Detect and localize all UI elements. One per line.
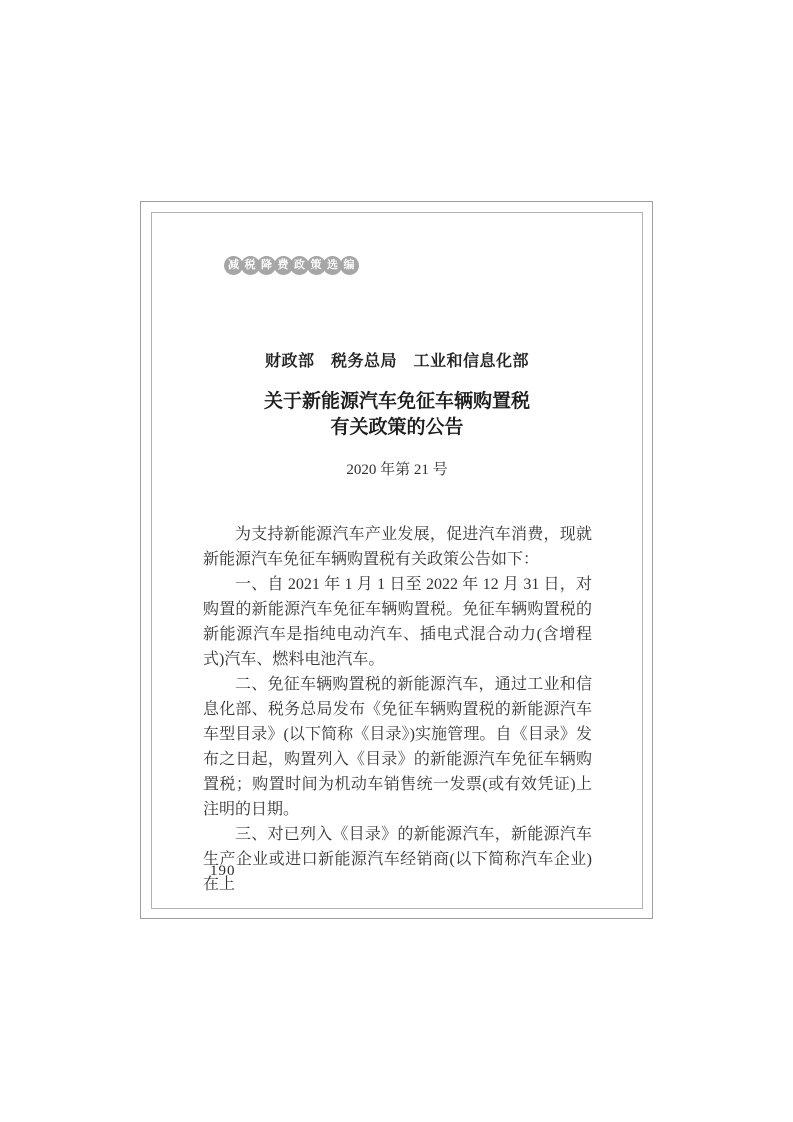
page-number: 190 xyxy=(210,863,236,880)
issuing-agencies: 财政部 税务总局 工业和信息化部 xyxy=(152,348,642,371)
page-border-inner: 减 税 降 费 政 策 选 编 财政部 税务总局 工业和信息化部 关于新能源汽车… xyxy=(151,212,643,909)
doc-number: 2020 年第 21 号 xyxy=(152,458,642,479)
series-stamp: 减 税 降 费 政 策 选 编 xyxy=(224,256,356,275)
doc-title: 关于新能源汽车免征车辆购置税 有关政策的公告 xyxy=(152,389,642,441)
page-border-outer: 减 税 降 费 政 策 选 编 财政部 税务总局 工业和信息化部 关于新能源汽车… xyxy=(140,201,653,919)
paragraph-item-1: 一、自 2021 年 1 月 1 日至 2022 年 12 月 31 日，对购置… xyxy=(203,572,592,672)
paragraph-intro: 为支持新能源汽车产业发展，促进汽车消费，现就新能源汽车免征车辆购置税有关政策公告… xyxy=(203,522,592,572)
doc-title-line2: 有关政策的公告 xyxy=(330,417,463,438)
scanned-page-canvas: 减 税 降 费 政 策 选 编 财政部 税务总局 工业和信息化部 关于新能源汽车… xyxy=(0,0,793,1122)
doc-title-line1: 关于新能源汽车免征车辆购置税 xyxy=(264,391,530,412)
paragraph-item-3: 三、对已列入《目录》的新能源汽车，新能源汽车生产企业或进口新能源汽车经销商(以下… xyxy=(203,822,592,897)
paragraph-item-2: 二、免征车辆购置税的新能源汽车，通过工业和信息化部、税务总局发布《免征车辆购置税… xyxy=(203,672,592,822)
stamp-char-circle: 编 xyxy=(340,256,359,275)
doc-body: 为支持新能源汽车产业发展，促进汽车消费，现就新能源汽车免征车辆购置税有关政策公告… xyxy=(203,522,592,897)
